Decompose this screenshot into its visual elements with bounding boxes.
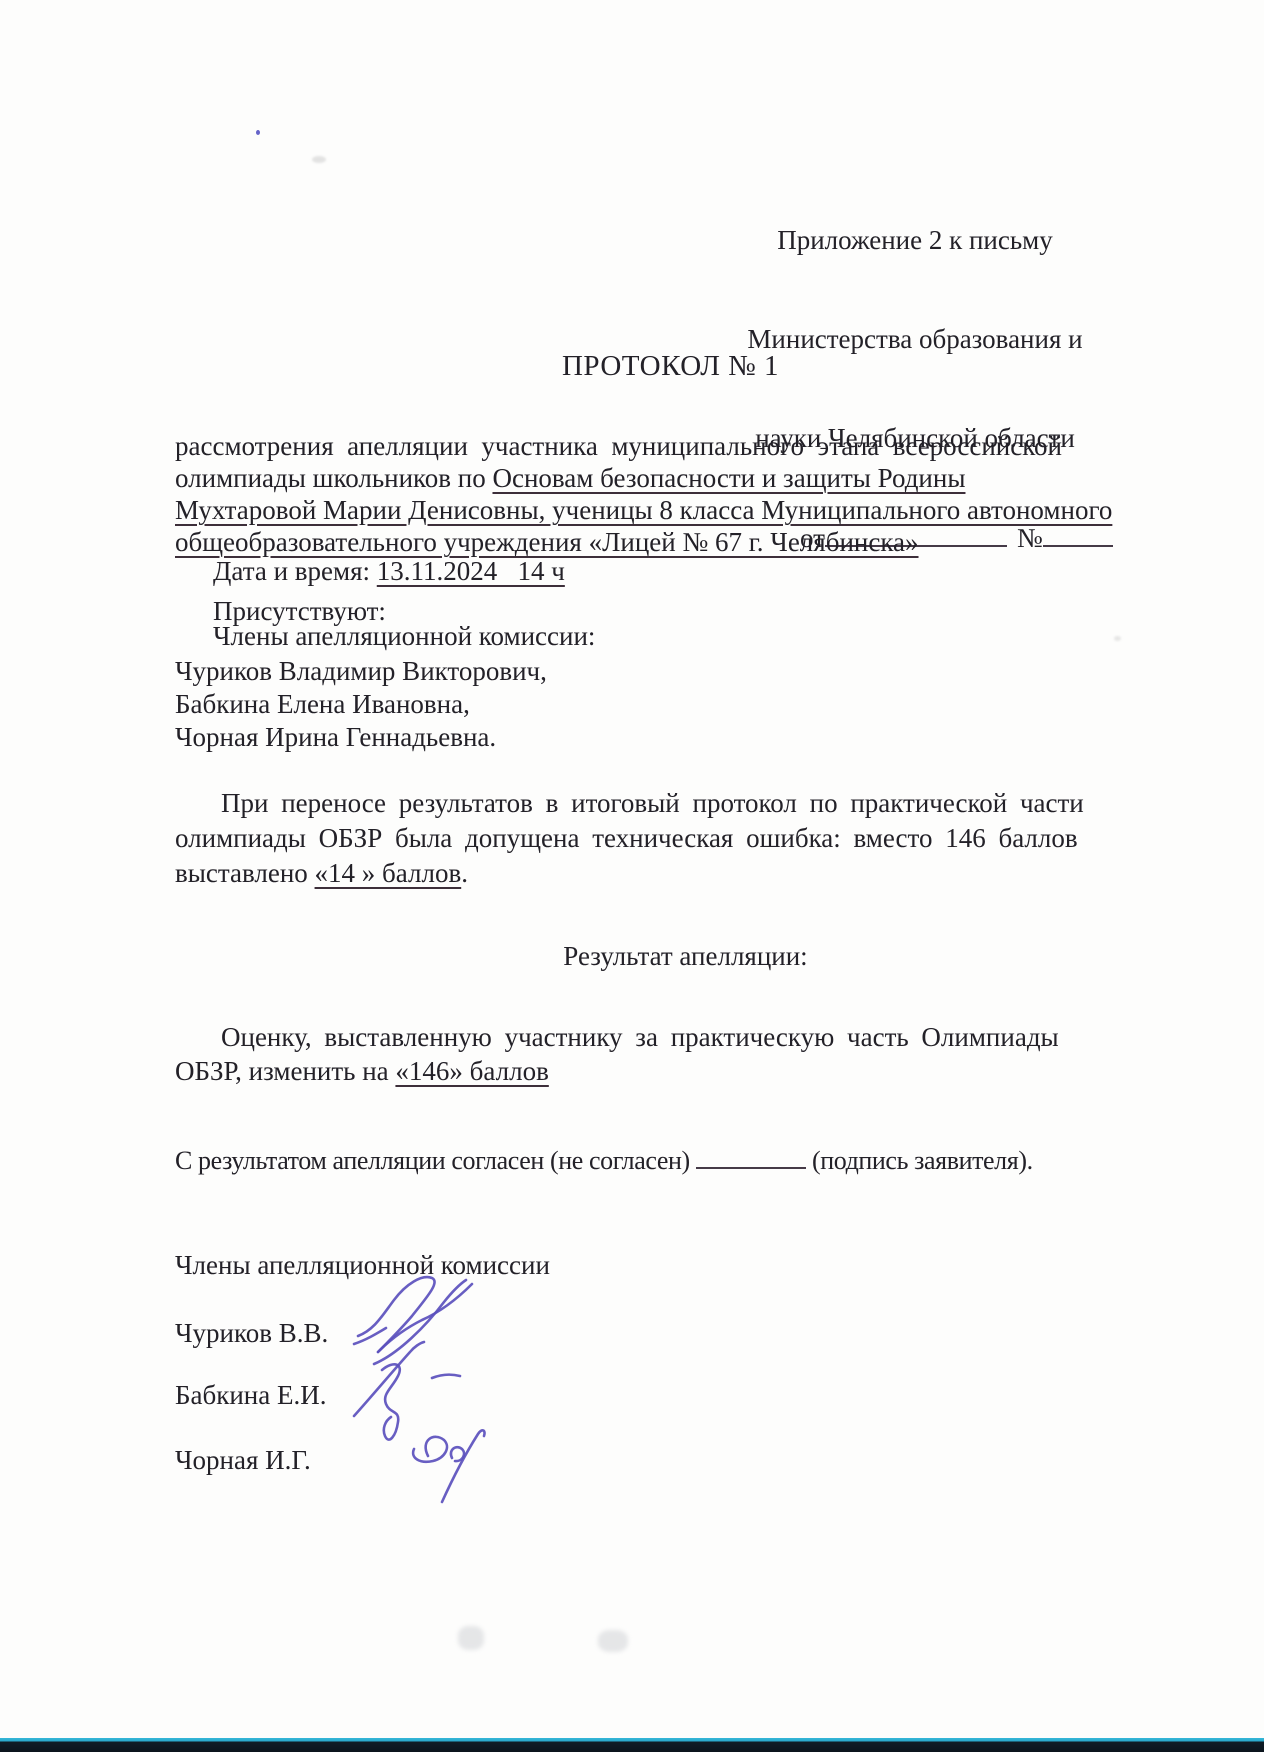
signers-heading: Члены апелляционной комиссии [175, 1250, 1048, 1281]
commission-member: Бабкина Елена Ивановна, [175, 688, 1048, 721]
text-line: Мухтаровой Марии Денисовны, ученицы 8 кл… [175, 494, 1048, 526]
document-title: ПРОТОКОЛ № 1 [175, 350, 1048, 383]
text-line: ОБЗР, изменить на «146» баллов [175, 1054, 1048, 1088]
header-line-1: Приложение 2 к письму [700, 224, 1130, 257]
commission-heading: Члены апелляционной комиссии: [175, 621, 1086, 652]
text-line: При переносе результатов в итоговый прот… [175, 786, 1048, 821]
date-line: Дата и время: 13.11.2024 14 ч [175, 556, 1086, 587]
signer-name: Чуриков В.В. [175, 1318, 1048, 1349]
text-line: выставлено «14 » баллов. [175, 856, 1048, 891]
scan-smudge [312, 156, 326, 163]
text-line: рассмотрения апелляции участника муницип… [175, 430, 1048, 462]
scan-bottom-edge [0, 1738, 1264, 1752]
applicant-signature-blank [696, 1145, 806, 1169]
decision-paragraph: Оценку, выставленную участнику за практи… [175, 1020, 1048, 1088]
signer-name: Чорная И.Г. [175, 1445, 1048, 1476]
scan-smudge [458, 1626, 484, 1650]
agreement-line: С результатом апелляции согласен (не сог… [175, 1145, 1095, 1176]
signer-name: Бабкина Е.И. [175, 1380, 1048, 1411]
technical-error-paragraph: При переносе результатов в итоговый прот… [175, 786, 1048, 891]
text-line: олимпиады ОБЗР была допущена техническая… [175, 821, 1048, 856]
agreement-prefix: С результатом апелляции согласен (не сог… [175, 1146, 696, 1175]
chornaya-signature-ink [398, 1428, 508, 1506]
commission-members-list: Чуриков Владимир Викторович, Бабкина Еле… [175, 655, 1048, 754]
text-line: олимпиады школьников по Основам безопасн… [175, 462, 1048, 494]
scan-speck [256, 130, 260, 135]
date-value: 13.11.2024 14 ч [377, 556, 565, 586]
commission-member: Чуриков Владимир Викторович, [175, 655, 1048, 688]
appeal-subject-paragraph: рассмотрения апелляции участника муницип… [175, 430, 1048, 558]
text-line: общеобразовательного учреждения «Лицей №… [175, 526, 1048, 558]
scanned-page: Приложение 2 к письму Министерства образ… [0, 0, 1264, 1752]
agreement-suffix: (подпись заявителя). [806, 1146, 1033, 1175]
scan-smudge [1114, 636, 1121, 641]
result-heading: Результат апелляции: [175, 941, 1048, 972]
text-line: Оценку, выставленную участнику за практи… [175, 1020, 1048, 1054]
scan-smudge [598, 1630, 628, 1652]
date-label: Дата и время: [213, 556, 377, 586]
commission-member: Чорная Ирина Геннадьевна. [175, 721, 1048, 754]
